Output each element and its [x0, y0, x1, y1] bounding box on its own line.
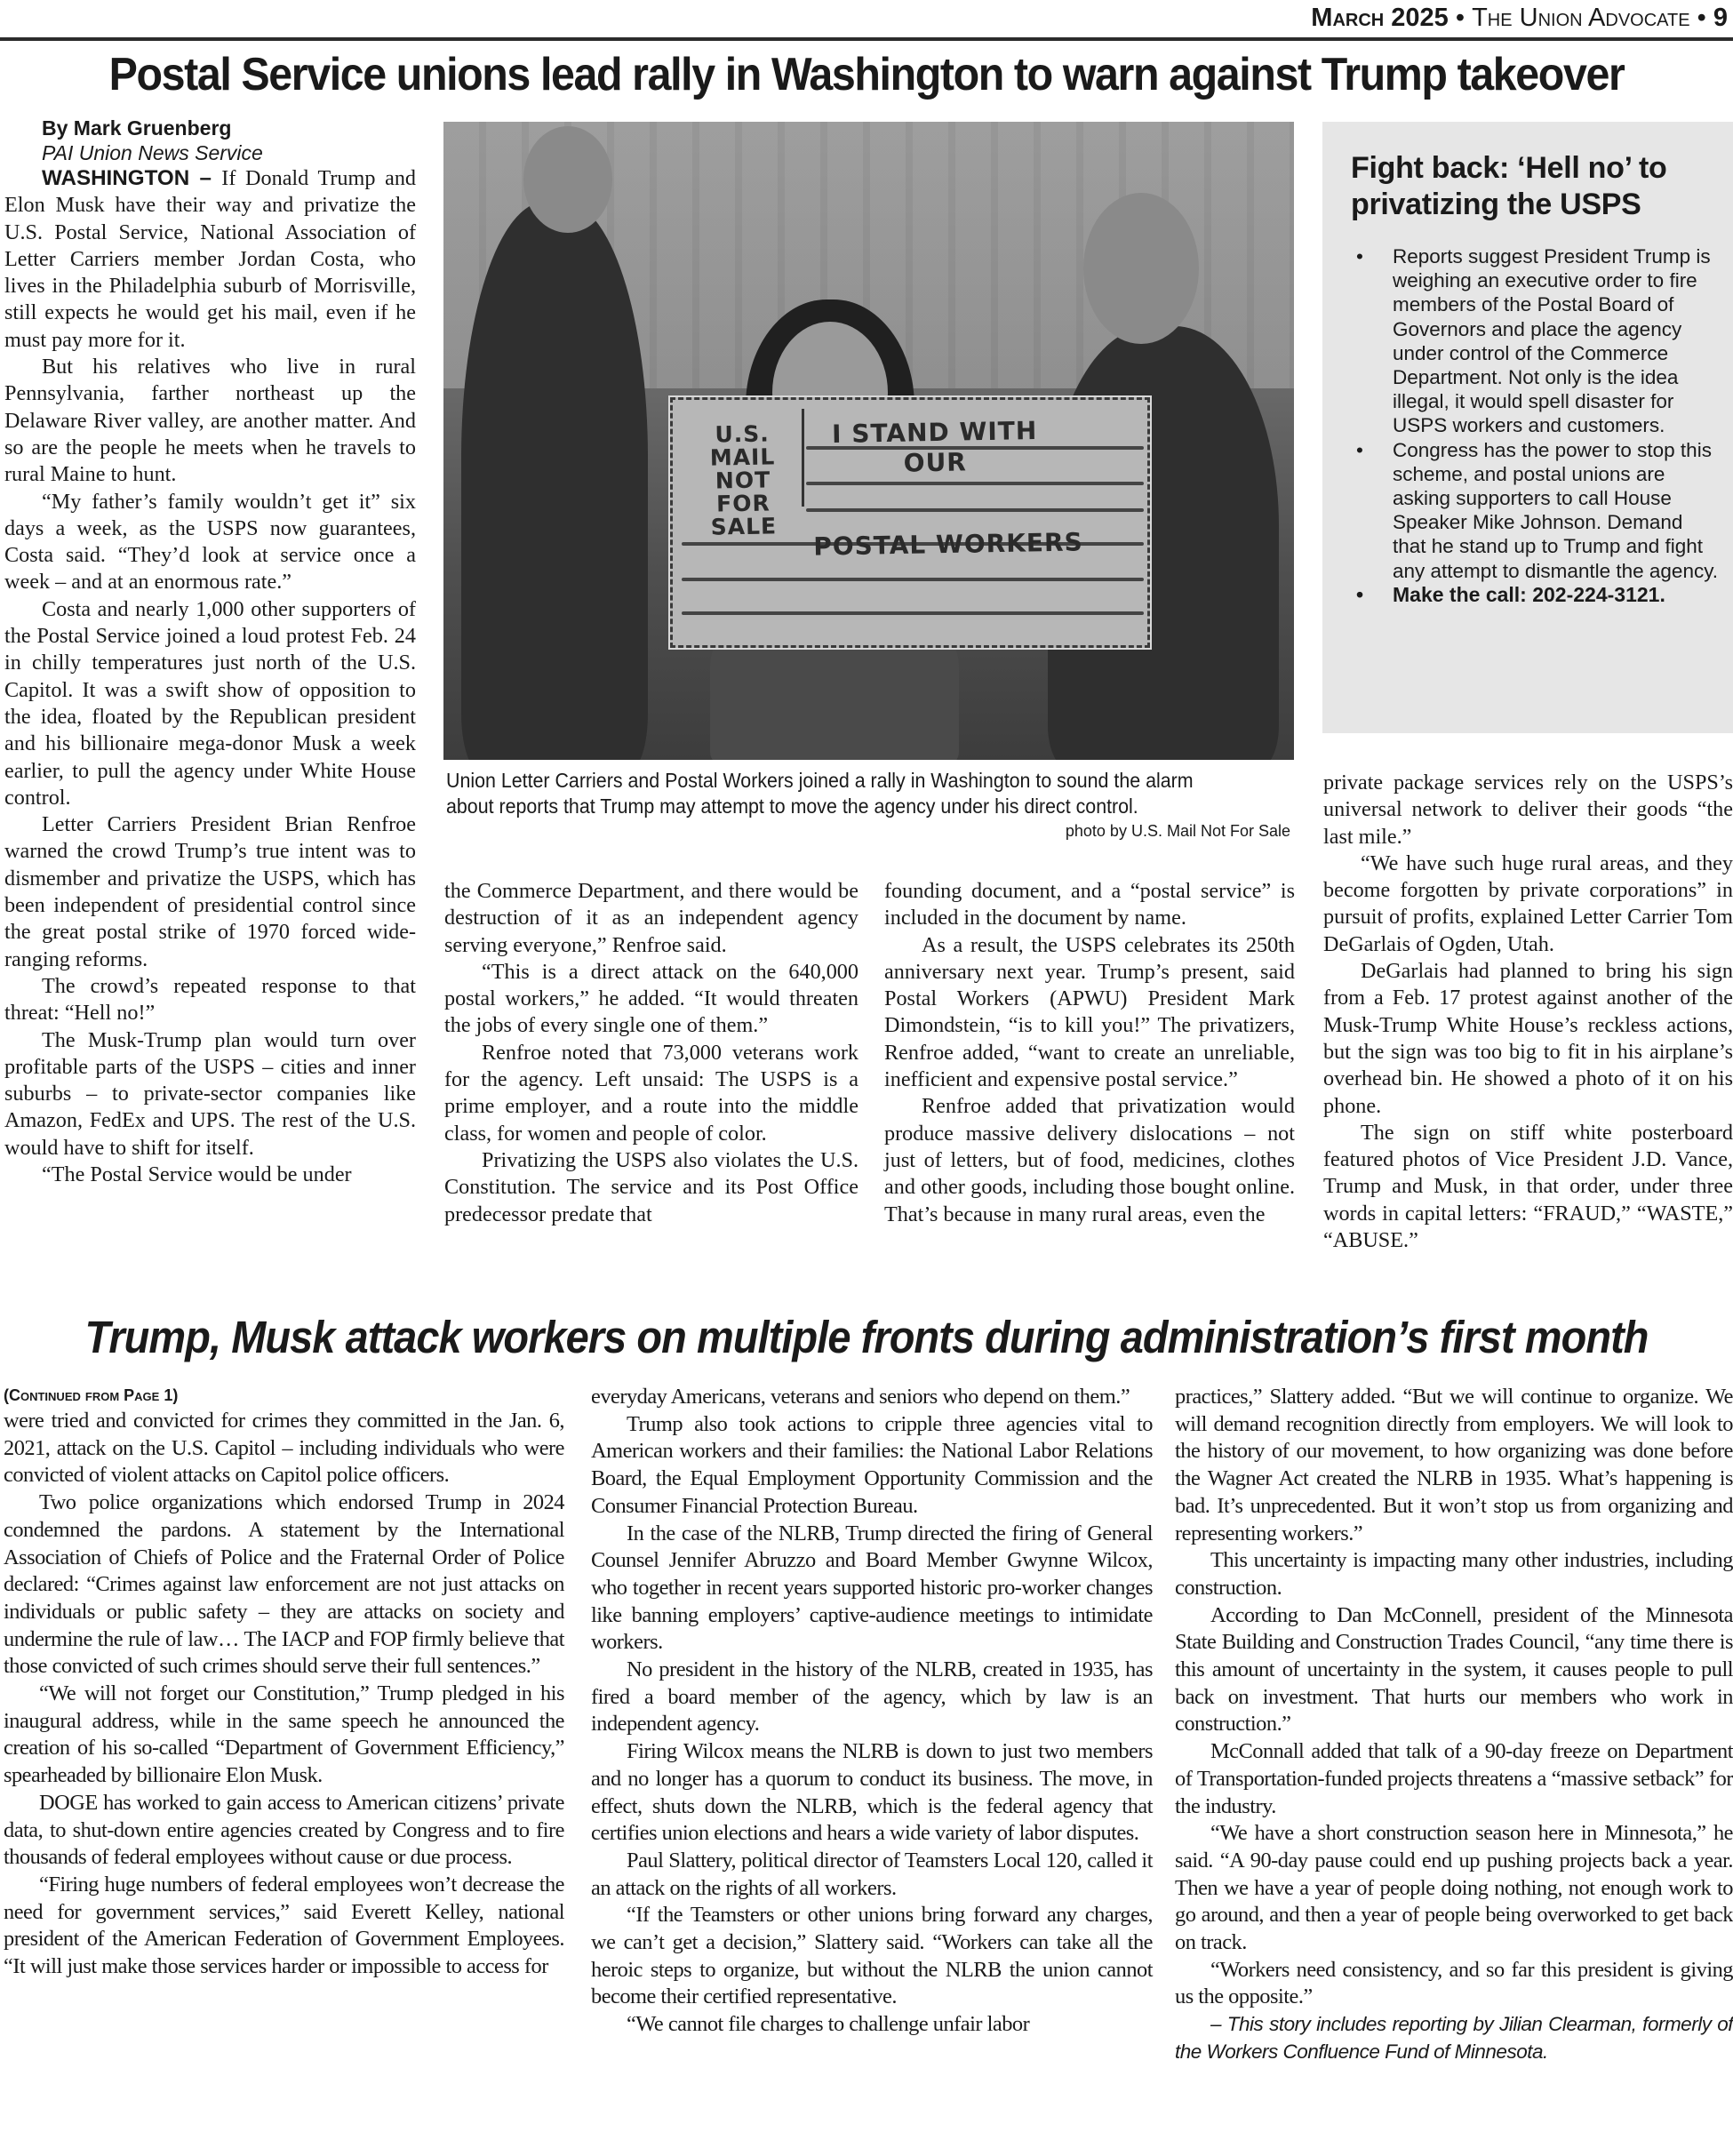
photo-caption: Union Letter Carriers and Postal Workers…: [446, 768, 1232, 818]
story2-column-1: (Continued from Page 1) were tried and c…: [4, 1384, 564, 1981]
paragraph: “We have a short construction season her…: [1175, 1820, 1733, 1957]
paragraph: private package services rely on the USP…: [1323, 770, 1733, 850]
paragraph: The sign on stiff white posterboard feat…: [1323, 1120, 1733, 1254]
paragraph: The Musk-Trump plan would turn over prof…: [4, 1027, 416, 1162]
story1-column-4: private package services rely on the USP…: [1323, 770, 1733, 1254]
header-rule: [0, 37, 1733, 41]
sign-message-bottom: POSTAL WORKERS: [806, 527, 1091, 562]
sign-line: [806, 508, 1144, 512]
sign-line: [682, 578, 1144, 581]
paragraph: “Workers need consistency, and so far th…: [1175, 1957, 1733, 2011]
sign-line: [682, 611, 1144, 615]
story1-column-1: By Mark Gruenberg PAI Union News Service…: [4, 116, 416, 1188]
paragraph: DOGE has worked to gain access to Americ…: [4, 1790, 564, 1872]
paragraph: This uncertainty is impacting many other…: [1175, 1547, 1733, 1601]
protest-sign: U.S. MAIL NOT FOR SALE I STAND WITH OUR …: [670, 397, 1150, 648]
paragraph: Costa and nearly 1,000 other supporters …: [4, 596, 416, 811]
fight-back-sidebar: Fight back: ‘Hell no’ to privatizing the…: [1322, 122, 1733, 733]
sidebar-list: •Reports suggest President Trump is weig…: [1351, 244, 1719, 607]
paragraph: Renfroe noted that 73,000 veterans work …: [444, 1040, 859, 1147]
sign-message-top: I STAND WITH OUR: [823, 416, 1046, 480]
story1-column-2: the Commerce Department, and there would…: [444, 878, 859, 1228]
story1-column-3: founding document, and a “postal service…: [884, 878, 1295, 1228]
paragraph: The crowd’s repeated response to that th…: [4, 973, 416, 1027]
news-service: PAI Union News Service: [4, 140, 416, 165]
paragraph: Paul Slattery, political director of Tea…: [591, 1848, 1153, 1902]
byline: By Mark Gruenberg: [4, 116, 416, 140]
paragraph: “The Postal Service would be under: [4, 1162, 416, 1188]
sign-stamp-text: U.S. MAIL NOT FOR SALE: [684, 422, 802, 539]
paragraph: the Commerce Department, and there would…: [444, 878, 859, 959]
story1-headline: Postal Service unions lead rally in Wash…: [60, 44, 1673, 105]
paragraph: everyday Americans, veterans and seniors…: [591, 1384, 1153, 1411]
crowd-person: [461, 202, 648, 760]
paragraph: Privatizing the USPS also violates the U…: [444, 1147, 859, 1228]
paragraph: “We cannot file charges to challenge unf…: [591, 2011, 1153, 2039]
paragraph: “We will not forget our Constitution,” T…: [4, 1681, 564, 1790]
paragraph: But his relatives who live in rural Penn…: [4, 354, 416, 488]
paragraph: practices,” Slattery added. “But we will…: [1175, 1384, 1733, 1547]
photo-caption-block: Union Letter Carriers and Postal Workers…: [446, 768, 1290, 818]
story-tagline: – This story includes reporting by Jilia…: [1175, 2011, 1733, 2065]
story2-headline: Trump, Musk attack workers on multiple f…: [69, 1308, 1664, 1367]
issue-date: March 2025: [1311, 4, 1449, 32]
story2-column-3: practices,” Slattery added. “But we will…: [1175, 1384, 1733, 2066]
sidebar-item: •Reports suggest President Trump is weig…: [1351, 244, 1719, 438]
paragraph: founding document, and a “postal service…: [884, 878, 1295, 932]
paragraph: DeGarlais had planned to bring his sign …: [1323, 958, 1733, 1120]
page-folio: March 2025 • The Union Advocate • 9: [1311, 0, 1728, 36]
paragraph: “Firing huge numbers of federal employee…: [4, 1872, 564, 1981]
paragraph: Firing Wilcox means the NLRB is down to …: [591, 1738, 1153, 1848]
bullet-icon: •: [1356, 583, 1363, 607]
paragraph: Trump also took actions to cripple three…: [591, 1411, 1153, 1521]
bullet-icon: •: [1356, 438, 1363, 462]
paragraph: “My father’s family wouldn’t get it” six…: [4, 489, 416, 596]
paragraph: “This is a direct attack on the 640,000 …: [444, 959, 859, 1040]
crowd-head: [1083, 193, 1199, 344]
paragraph: “If the Teamsters or other unions bring …: [591, 1902, 1153, 2011]
sidebar-item-phone: •Make the call: 202-224-3121.: [1351, 583, 1719, 607]
sidebar-item: •Congress has the power to stop this sch…: [1351, 438, 1719, 583]
folio-separator: •: [1449, 4, 1472, 32]
paragraph: McConnall added that talk of a 90-day fr…: [1175, 1738, 1733, 1820]
paragraph: were tried and convicted for crimes they…: [4, 1408, 564, 1489]
page-number: 9: [1713, 4, 1728, 32]
photo-credit: photo by U.S. Mail Not For Sale: [1066, 818, 1290, 843]
dateline: WASHINGTON –: [42, 166, 221, 190]
paragraph: According to Dan McConnell, president of…: [1175, 1602, 1733, 1739]
continued-label: (Continued from Page 1): [4, 1384, 564, 1408]
rally-photo: U.S. MAIL NOT FOR SALE I STAND WITH OUR …: [443, 122, 1294, 760]
paragraph: Letter Carriers President Brian Renfroe …: [4, 811, 416, 973]
lead-paragraph: WASHINGTON – If Donald Trump and Elon Mu…: [4, 165, 416, 354]
sign-line: [806, 482, 1144, 485]
paragraph: “We have such huge rural areas, and they…: [1323, 850, 1733, 958]
bullet-icon: •: [1356, 244, 1363, 268]
paragraph: As a result, the USPS celebrates its 250…: [884, 932, 1295, 1094]
paragraph: In the case of the NLRB, Trump directed …: [591, 1521, 1153, 1657]
phone-number: Make the call: 202-224-3121.: [1393, 583, 1665, 606]
story2-column-2: everyday Americans, veterans and seniors…: [591, 1384, 1153, 2039]
paragraph: No president in the history of the NLRB,…: [591, 1657, 1153, 1738]
crowd-head: [523, 126, 612, 233]
publication-name: The Union Advocate: [1472, 4, 1690, 32]
paragraph: Two police organizations which endorsed …: [4, 1489, 564, 1681]
folio-separator: •: [1690, 4, 1713, 32]
sidebar-title: Fight back: ‘Hell no’ to privatizing the…: [1351, 150, 1719, 223]
paragraph: Renfroe added that privatization would p…: [884, 1093, 1295, 1227]
